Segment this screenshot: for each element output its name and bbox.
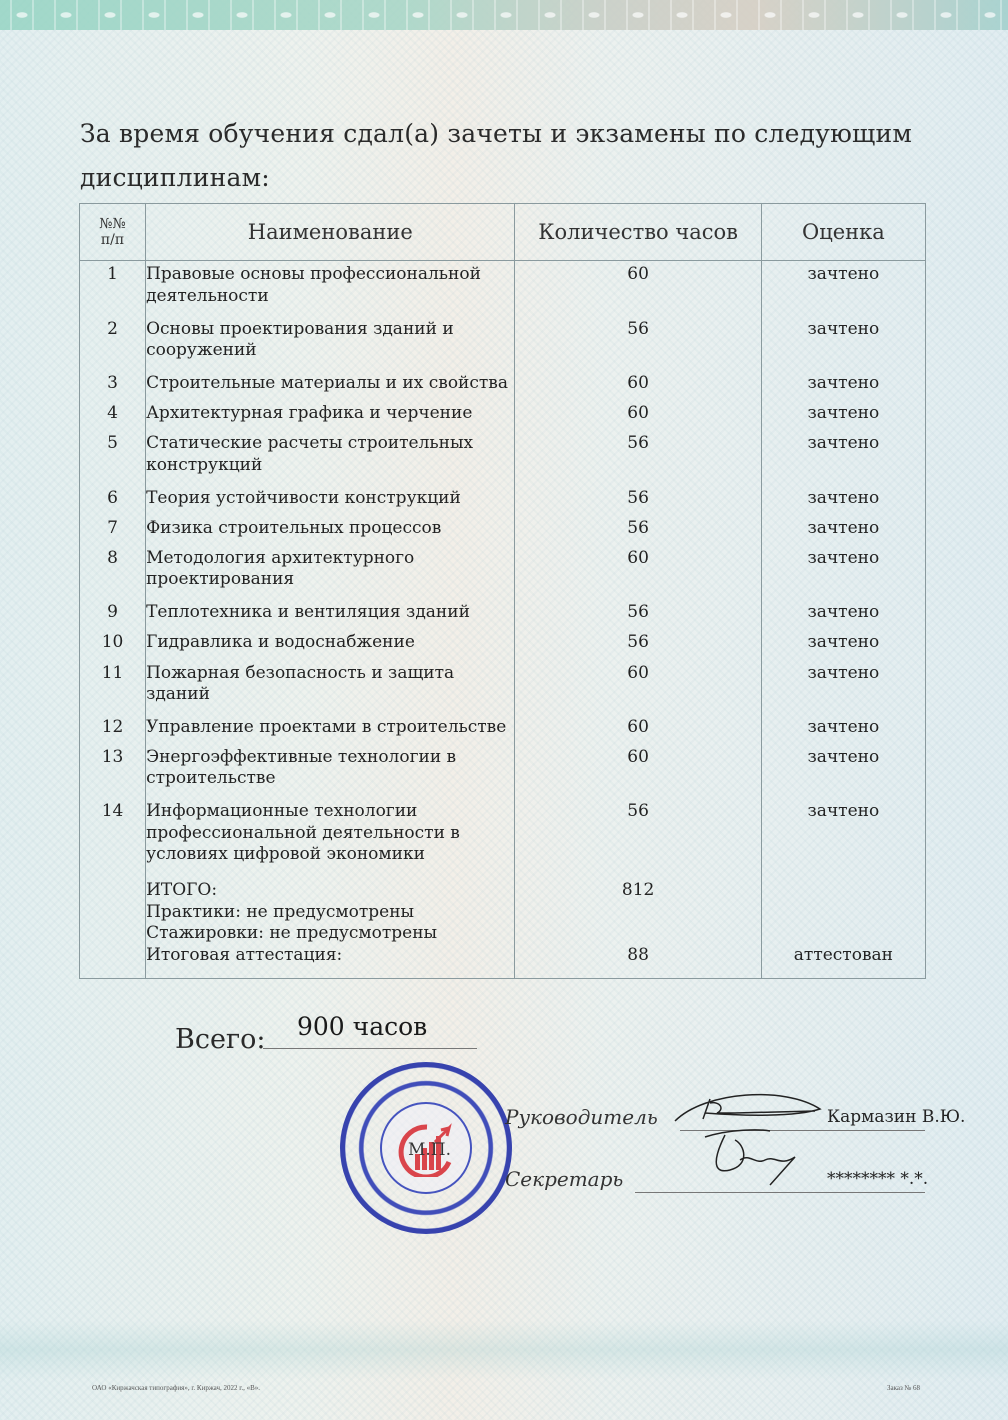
discipline-grade: зачтено bbox=[761, 488, 925, 518]
discipline-name: Статические расчеты строительных констру… bbox=[146, 433, 515, 487]
row-number: 9 bbox=[80, 602, 146, 632]
table-row: 2Основы проектирования зданий и сооружен… bbox=[80, 319, 926, 373]
discipline-hours: 60 bbox=[515, 403, 761, 433]
grades-table: №№ п/п Наименование Количество часов Оце… bbox=[79, 203, 926, 979]
summary-hours-cell: 812 88 bbox=[515, 880, 761, 978]
table-row: 8Методология архитектурного проектирован… bbox=[80, 548, 926, 602]
discipline-hours: 60 bbox=[515, 747, 761, 801]
row-number: 14 bbox=[80, 801, 146, 880]
discipline-grade: зачтено bbox=[761, 747, 925, 801]
discipline-name: Методология архитектурного проектировани… bbox=[146, 548, 515, 602]
table-header-row: №№ п/п Наименование Количество часов Оце… bbox=[80, 204, 926, 261]
discipline-grade: зачтено bbox=[761, 373, 925, 403]
summary-number-cell bbox=[80, 880, 146, 978]
discipline-name: Теория устойчивости конструкций bbox=[146, 488, 515, 518]
summary-row: ИТОГО: Практики: не предусмотрены Стажир… bbox=[80, 880, 926, 978]
header-number-line2: п/п bbox=[101, 232, 124, 248]
discipline-hours: 56 bbox=[515, 488, 761, 518]
total-hours: 812 bbox=[515, 880, 760, 902]
discipline-name: Правовые основы профессиональной деятель… bbox=[146, 261, 515, 319]
secretary-signature-row: Секретарь ******** *.*. bbox=[505, 1155, 975, 1195]
table-row: 3Строительные материалы и их свойства60з… bbox=[80, 373, 926, 403]
table-row: 6Теория устойчивости конструкций56зачтен… bbox=[80, 488, 926, 518]
discipline-hours: 56 bbox=[515, 433, 761, 487]
total-label: ИТОГО: bbox=[146, 880, 514, 902]
discipline-hours: 56 bbox=[515, 518, 761, 548]
total-value: 900 часов bbox=[297, 1012, 427, 1041]
discipline-grade: зачтено bbox=[761, 602, 925, 632]
row-number: 3 bbox=[80, 373, 146, 403]
discipline-grade: зачтено bbox=[761, 663, 925, 717]
discipline-name: Управление проектами в строительстве bbox=[146, 717, 515, 747]
discipline-name: Пожарная безопасность и защита зданий bbox=[146, 663, 515, 717]
discipline-name: Архитектурная графика и черчение bbox=[146, 403, 515, 433]
discipline-name: Гидравлика и водоснабжение bbox=[146, 632, 515, 662]
table-row: 7Физика строительных процессов56зачтено bbox=[80, 518, 926, 548]
header-number-line1: №№ bbox=[99, 216, 126, 232]
discipline-hours: 56 bbox=[515, 319, 761, 373]
practice-note: Практики: не предусмотрены bbox=[146, 902, 514, 924]
header-name: Наименование bbox=[146, 204, 515, 261]
table-row: 10Гидравлика и водоснабжение56зачтено bbox=[80, 632, 926, 662]
internship-note: Стажировки: не предусмотрены bbox=[146, 923, 514, 945]
row-number: 13 bbox=[80, 747, 146, 801]
discipline-hours: 60 bbox=[515, 548, 761, 602]
secretary-signature-icon bbox=[700, 1125, 820, 1195]
summary-grade-cell: аттестован bbox=[761, 880, 925, 978]
discipline-name: Энергоэффективные технологии в строитель… bbox=[146, 747, 515, 801]
discipline-hours: 60 bbox=[515, 717, 761, 747]
discipline-hours: 56 bbox=[515, 602, 761, 632]
row-number: 4 bbox=[80, 403, 146, 433]
row-number: 5 bbox=[80, 433, 146, 487]
page-heading: За время обучения сдал(а) зачеты и экзам… bbox=[80, 112, 940, 200]
row-number: 11 bbox=[80, 663, 146, 717]
row-number: 1 bbox=[80, 261, 146, 319]
discipline-name: Теплотехника и вентиляция зданий bbox=[146, 602, 515, 632]
discipline-grade: зачтено bbox=[761, 319, 925, 373]
final-attestation-hours: 88 bbox=[515, 945, 760, 967]
row-number: 8 bbox=[80, 548, 146, 602]
final-attestation-label: Итоговая аттестация: bbox=[146, 945, 514, 967]
table-row: 11Пожарная безопасность и защита зданий6… bbox=[80, 663, 926, 717]
discipline-grade: зачтено bbox=[761, 632, 925, 662]
discipline-grade: зачтено bbox=[761, 433, 925, 487]
discipline-hours: 60 bbox=[515, 663, 761, 717]
discipline-name: Строительные материалы и их свойства bbox=[146, 373, 515, 403]
discipline-hours: 56 bbox=[515, 632, 761, 662]
table-row: 14Информационные технологии профессионал… bbox=[80, 801, 926, 880]
secretary-role: Секретарь bbox=[505, 1167, 623, 1191]
table-row: 4Архитектурная графика и черчение60зачте… bbox=[80, 403, 926, 433]
decorative-bottom-pattern bbox=[0, 1320, 1008, 1380]
discipline-hours: 60 bbox=[515, 261, 761, 319]
discipline-name: Физика строительных процессов bbox=[146, 518, 515, 548]
discipline-name: Основы проектирования зданий и сооружени… bbox=[146, 319, 515, 373]
table-row: 12Управление проектами в строительстве60… bbox=[80, 717, 926, 747]
row-number: 2 bbox=[80, 319, 146, 373]
header-number: №№ п/п bbox=[80, 204, 146, 261]
printer-imprint: ОАО «Кирж­ачская типография», г. Киржач,… bbox=[92, 1384, 260, 1392]
table-row: 9Теплотехника и вентиляция зданий56зачте… bbox=[80, 602, 926, 632]
total-label: Всего: bbox=[175, 1024, 265, 1055]
stamp-place-label: М.П. bbox=[408, 1140, 451, 1160]
discipline-grade: зачтено bbox=[761, 801, 925, 880]
discipline-grade: зачтено bbox=[761, 548, 925, 602]
discipline-grade: зачтено bbox=[761, 403, 925, 433]
discipline-grade: зачтено bbox=[761, 518, 925, 548]
total-hours-block: Всего: 900 часов bbox=[175, 1012, 475, 1056]
total-underline bbox=[263, 1048, 477, 1049]
row-number: 7 bbox=[80, 518, 146, 548]
discipline-grade: зачтено bbox=[761, 261, 925, 319]
table-row: 5Статические расчеты строительных констр… bbox=[80, 433, 926, 487]
discipline-hours: 56 bbox=[515, 801, 761, 880]
row-number: 6 bbox=[80, 488, 146, 518]
row-number: 12 bbox=[80, 717, 146, 747]
table-row: 1Правовые основы профессиональной деятел… bbox=[80, 261, 926, 319]
header-grade: Оценка bbox=[761, 204, 925, 261]
header-hours: Количество часов bbox=[515, 204, 761, 261]
summary-name-cell: ИТОГО: Практики: не предусмотрены Стажир… bbox=[146, 880, 515, 978]
table-row: 13Энергоэффективные технологии в строите… bbox=[80, 747, 926, 801]
director-role: Руководитель bbox=[505, 1105, 658, 1129]
discipline-name: Информационные технологии профессиональн… bbox=[146, 801, 515, 880]
order-number: Заказ № 68 bbox=[887, 1384, 920, 1392]
final-attestation-grade: аттестован bbox=[762, 945, 925, 967]
decorative-top-border bbox=[0, 0, 1008, 30]
secretary-name: ******** *.*. bbox=[827, 1169, 928, 1189]
row-number: 10 bbox=[80, 632, 146, 662]
director-name: Кармазин В.Ю. bbox=[827, 1107, 965, 1127]
discipline-hours: 60 bbox=[515, 373, 761, 403]
discipline-grade: зачтено bbox=[761, 717, 925, 747]
